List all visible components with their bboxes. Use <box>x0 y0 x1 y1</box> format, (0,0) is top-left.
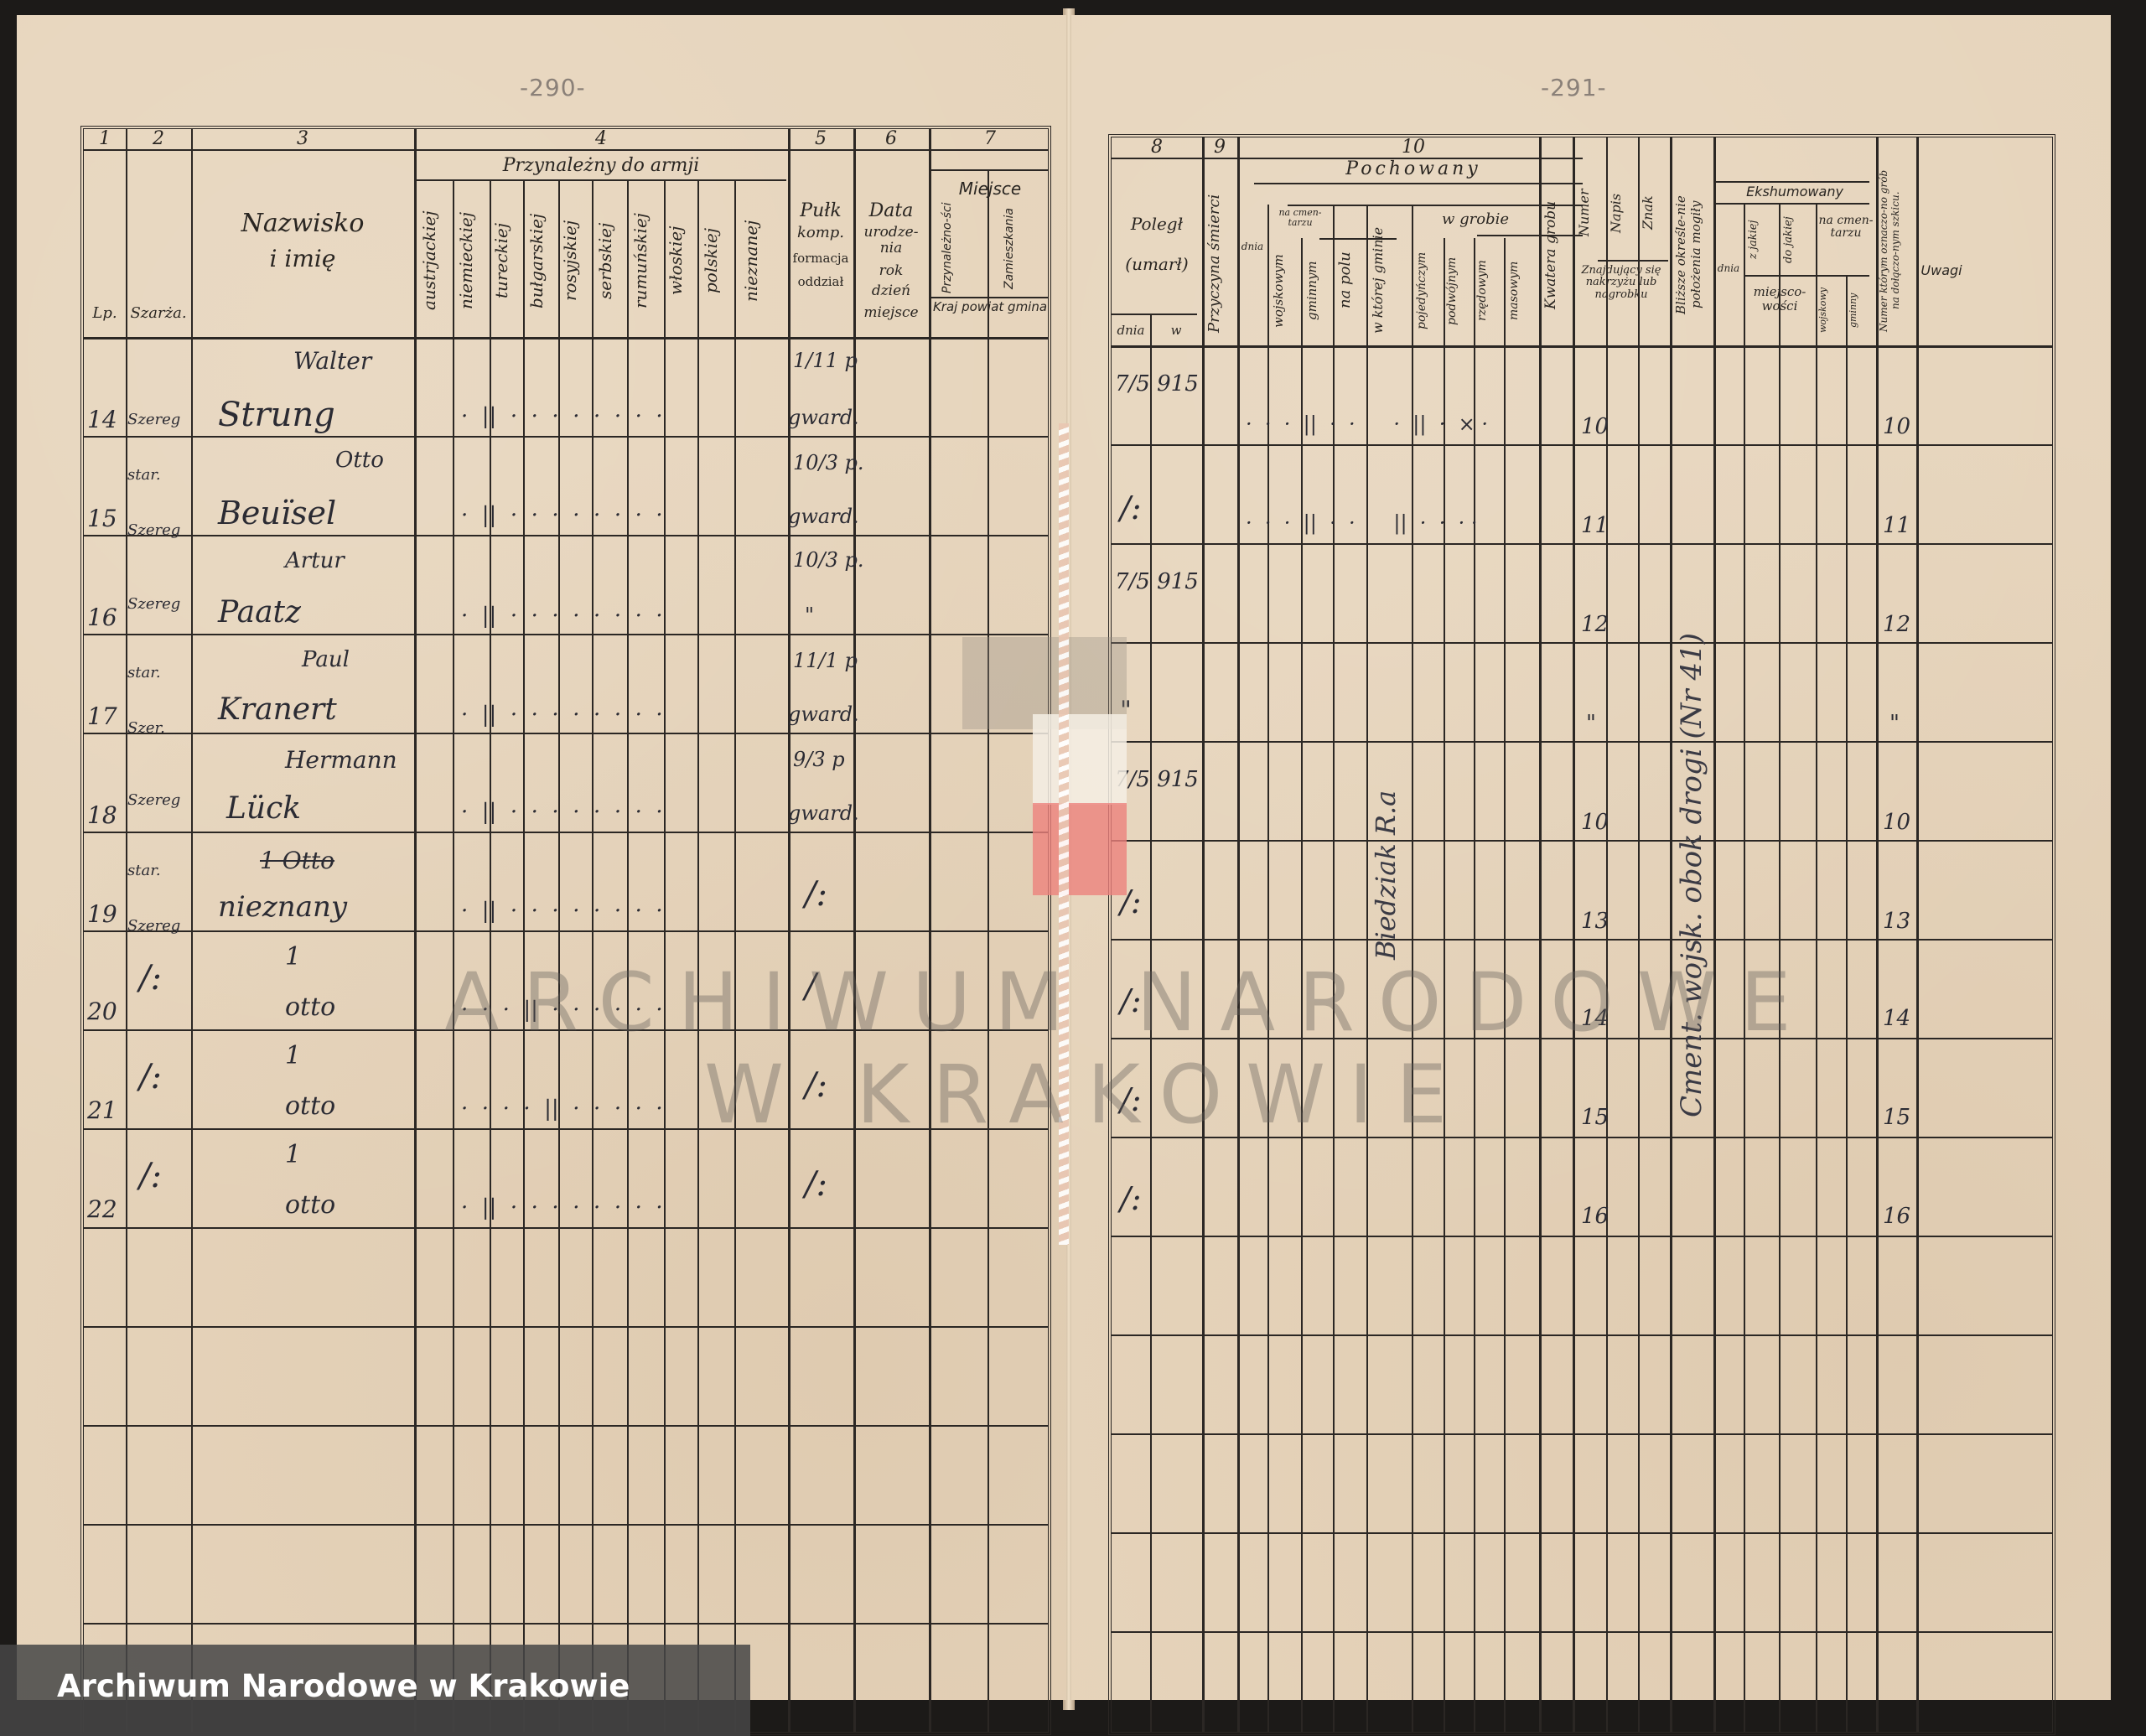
annotation-cemetery-location: Cment. wojsk. obok drogi (Nr 41) <box>1675 490 1708 1261</box>
row-18-unit: gward. <box>788 801 859 825</box>
row-15-szarza: star. Szereg <box>127 448 191 558</box>
annotation-burial-place: Biedziak R.a <box>1370 640 1403 1110</box>
header-na-cmentarzu: na cmen-tarzu <box>1267 208 1333 228</box>
header-kraj-powiat-gmina: Kraj powiat gmina <box>929 300 1051 314</box>
row-14-army-mark: · || · · · · · · · · <box>461 404 663 429</box>
header-gminny: gminny <box>1848 278 1874 342</box>
header-pochowany-dnia: dnia <box>1237 241 1267 252</box>
header-data: Data <box>853 201 929 221</box>
row-20-surname: otto <box>285 992 335 1022</box>
column-number-10: 10 <box>1237 137 1589 158</box>
row-1-marks: · · · || · · · || · × · <box>1246 412 1488 436</box>
header-lp: Lp. <box>84 305 126 322</box>
row-19-surname: nieznany <box>218 890 347 924</box>
header-znak: Znak <box>1640 171 1668 255</box>
row-9-numer-szkic: 16 <box>1883 1204 1910 1229</box>
column-number-1: 1 <box>84 129 126 149</box>
row-22-surname: otto <box>285 1190 335 1220</box>
row-17-szarza: star. Szer. <box>127 645 191 756</box>
row-1-numer: 10 <box>1581 414 1609 439</box>
header-przyczyna: Przyczyna śmierci <box>1205 188 1236 339</box>
header-ekshumowany-dnia: dnia <box>1713 263 1744 274</box>
header-army-6: rumuńskiej <box>630 189 661 332</box>
row-20-first-name: 1 <box>285 942 301 972</box>
row-18-first-name: Hermann <box>285 746 397 774</box>
row-14-surname: Strung <box>218 396 335 434</box>
header-pochowany: Pochowany <box>1237 159 1589 179</box>
row-17-pulk: 11/1 p <box>793 649 858 672</box>
row-19-army-mark: · || · · · · · · · · <box>461 899 663 924</box>
row-17-first-name: Paul <box>302 647 350 672</box>
left-page: -290- <box>17 15 1066 1700</box>
row-9-numer: 16 <box>1581 1204 1609 1229</box>
row-16-lp: 16 <box>87 604 117 631</box>
header-miejsce: Miejsce <box>929 179 1051 198</box>
header-urodzenia: urodze-nia <box>853 225 929 256</box>
header-wojskowy: wojskowy <box>1817 278 1844 342</box>
row-3-polegl: 7/5 915 <box>1115 555 1199 609</box>
row-22-army-mark: · || · · · · · · · · <box>461 1195 663 1220</box>
header-gminnym: gminnym <box>1304 241 1331 340</box>
row-22-pulk: /: <box>805 1165 827 1204</box>
row-6-numer: 13 <box>1581 909 1609 934</box>
column-number-8: 8 <box>1112 137 1202 158</box>
column-number-7: 7 <box>929 129 1051 149</box>
header-w-ktorej-gminie: w której gminie <box>1370 221 1410 339</box>
column-number-9: 9 <box>1202 137 1237 158</box>
row-19-pulk: /: <box>805 875 827 914</box>
header-army-4: rosyjskiej <box>560 189 590 332</box>
page-number-left: -290- <box>520 74 586 101</box>
flag-overlay-red <box>1033 803 1127 895</box>
row-8-numer-szkic: 15 <box>1883 1105 1910 1130</box>
row-18-pulk: 9/3 p <box>793 748 845 771</box>
row-3-numer-szkic: 12 <box>1883 612 1910 637</box>
header-szarza: Szarża. <box>126 305 191 322</box>
row-2-numer-szkic: 11 <box>1883 513 1910 538</box>
header-znajdujacy: Znajdujący się nakrzyżu lub nagrobku <box>1573 265 1670 301</box>
row-15-unit: gward. <box>788 505 859 528</box>
column-number-2: 2 <box>126 129 191 149</box>
row-1-numer-szkic: 10 <box>1883 414 1910 439</box>
row-4-numer-szkic: " <box>1889 711 1900 736</box>
header-army-8: polskiej <box>701 189 731 332</box>
row-9-polegl: /: <box>1120 1180 1142 1217</box>
header-blizsze-okreslenie: Bliższe określe-nie położenia mogiły <box>1673 171 1712 339</box>
row-17-surname: Kranert <box>218 692 337 727</box>
row-14-szarza: Szereg <box>127 411 180 428</box>
row-15-lp: 15 <box>87 505 117 532</box>
header-zamieszkania: Zamieszkania <box>1003 205 1036 293</box>
header-grave-type-0: pojedyńczym <box>1415 241 1442 340</box>
header-uwagi: Uwagi <box>1916 263 1967 278</box>
header-grave-type-1: podwójnym <box>1445 241 1472 340</box>
header-dzien: dzień <box>853 283 929 299</box>
row-20-army-mark: · · · || · · · · · · <box>461 998 663 1023</box>
header-army-3: bułgarskiej <box>526 189 557 332</box>
row-21-pulk: /: <box>805 1066 827 1105</box>
right-register-table: 8 9 10 Poległ (umarł) dnia w Przyczyna ś… <box>1108 134 2055 1735</box>
right-page: -291- <box>1071 15 2111 1700</box>
header-army-9: nieznanej <box>741 189 775 332</box>
row-14-first-name: Walter <box>293 347 371 375</box>
row-17-army-mark: · || · · · · · · · · <box>461 702 663 728</box>
header-z-jakiej: z jakiej <box>1747 206 1775 273</box>
header-grave-type-3: masowym <box>1507 241 1534 340</box>
header-grave-type-2: rzędowym <box>1475 241 1502 340</box>
header-kwatera: Kwatera grobu <box>1542 171 1571 339</box>
row-8-polegl: /: <box>1120 1081 1142 1118</box>
archive-footer-label: Archiwum Narodowe w Krakowie <box>57 1668 630 1704</box>
row-1-polegl: 7/5 915 <box>1115 357 1199 411</box>
column-number-4: 4 <box>414 129 788 149</box>
row-17-lp: 17 <box>87 702 117 730</box>
header-umarl: (umarł) <box>1112 255 1202 273</box>
row-21-lp: 21 <box>87 1096 117 1124</box>
header-na-polu: na polu <box>1336 221 1363 339</box>
header-numer: Numer <box>1576 171 1604 255</box>
row-19-szarza: star. Szereg <box>127 843 191 954</box>
row-17-unit: gward. <box>788 702 859 726</box>
header-napis: Napis <box>1608 171 1636 255</box>
row-15-first-name: Otto <box>335 448 384 473</box>
header-przynalezny: Przynależny do armji <box>414 156 788 176</box>
header-army-5: serbskiej <box>595 189 625 332</box>
row-21-szarza: /: <box>139 1058 162 1096</box>
header-polegl-dnia: dnia <box>1112 324 1150 338</box>
row-20-szarza: /: <box>139 959 162 998</box>
header-miejsce-urodzenia: miejsce <box>853 305 929 321</box>
header-nazwisko: Nazwisko <box>191 210 414 237</box>
header-pulk: Pułk <box>788 201 853 221</box>
column-number-5: 5 <box>788 129 853 149</box>
row-22-first-name: 1 <box>285 1140 301 1169</box>
row-16-surname: Paatz <box>218 595 301 630</box>
header-wojskowym: wojskowym <box>1271 241 1298 340</box>
header-ek-na-cmentarzu: na cmen-tarzu <box>1816 215 1876 241</box>
header-przynaleznosci: Przynależno-ści <box>941 205 974 293</box>
row-4-numer: " <box>1586 711 1596 736</box>
row-22-szarza: /: <box>139 1157 162 1195</box>
row-2-numer: 11 <box>1581 513 1609 538</box>
left-register-table: 1 2 3 4 5 6 7 Lp. Szarża. Nazwisko i imi… <box>80 126 1051 1735</box>
header-army-2: tureckiej <box>491 189 521 332</box>
header-army-0: austrjackiej <box>419 189 449 332</box>
row-7-polegl: /: <box>1120 982 1142 1019</box>
flag-overlay-white <box>1033 714 1127 805</box>
header-polegl-w: w <box>1150 324 1202 338</box>
header-oddzial: oddział <box>788 275 853 289</box>
row-3-numer: 12 <box>1581 612 1609 637</box>
header-army-7: włoskiej <box>666 189 696 332</box>
row-16-pulk: 10/3 p. <box>793 548 864 572</box>
row-19-lp: 19 <box>87 900 117 928</box>
row-16-army-mark: · || · · · · · · · · <box>461 604 663 629</box>
row-5-numer: 10 <box>1581 810 1609 835</box>
row-14-unit: gward. <box>788 406 859 429</box>
row-15-pulk: 10/3 p. <box>793 451 864 474</box>
header-do-jakiej: do jakiej <box>1782 206 1812 273</box>
header-ekshumowany: Ekshumowany <box>1713 184 1876 200</box>
row-18-szarza: Szereg <box>127 791 180 809</box>
row-22-lp: 22 <box>87 1195 117 1223</box>
header-army-1: niemieckiej <box>456 189 486 332</box>
row-19-first-name: 1 Otto <box>260 847 334 874</box>
row-5-polegl: 7/5 915 <box>1115 753 1199 806</box>
row-16-unit: " <box>805 604 814 627</box>
binding-string <box>1059 423 1069 1245</box>
column-number-6: 6 <box>853 129 929 149</box>
row-20-lp: 20 <box>87 998 117 1025</box>
header-komp: komp. <box>788 225 853 241</box>
row-18-surname: Lück <box>226 791 301 826</box>
header-miejscowosci: miejsco-wości <box>1744 285 1816 313</box>
row-21-first-name: 1 <box>285 1041 301 1070</box>
row-15-surname: Beuïsel <box>218 495 336 531</box>
header-polegl: Poległ <box>1112 215 1202 233</box>
header-rok: rok <box>853 263 929 279</box>
row-21-army-mark: · · · · || · · · · · <box>461 1096 663 1122</box>
header-numer-szkic: Numer którym oznaczo-no grób na dołączo-… <box>1878 163 1915 339</box>
row-20-pulk: / <box>805 967 816 1006</box>
row-14-pulk: 1/11 p <box>793 349 858 372</box>
header-formacja: formacja <box>788 251 853 266</box>
column-number-3: 3 <box>191 129 414 149</box>
page-number-right: -291- <box>1541 74 1607 101</box>
row-16-szarza: Szereg <box>127 595 180 613</box>
row-5-numer-szkic: 10 <box>1883 810 1910 835</box>
row-2-polegl: /: <box>1120 490 1142 526</box>
row-18-lp: 18 <box>87 801 117 829</box>
row-14-lp: 14 <box>87 406 117 433</box>
row-8-numer: 15 <box>1581 1105 1609 1130</box>
row-2-marks: · · · || · · || · · · · <box>1246 511 1477 535</box>
row-21-surname: otto <box>285 1091 335 1121</box>
header-imie: i imię <box>191 246 414 272</box>
row-7-numer-szkic: 14 <box>1883 1006 1910 1031</box>
row-16-first-name: Artur <box>285 548 345 573</box>
row-18-army-mark: · || · · · · · · · · <box>461 800 663 825</box>
row-15-army-mark: · || · · · · · · · · <box>461 503 663 528</box>
row-6-numer-szkic: 13 <box>1883 909 1910 934</box>
header-w-grobie: w grobie <box>1412 211 1539 228</box>
row-7-numer: 14 <box>1581 1006 1609 1031</box>
